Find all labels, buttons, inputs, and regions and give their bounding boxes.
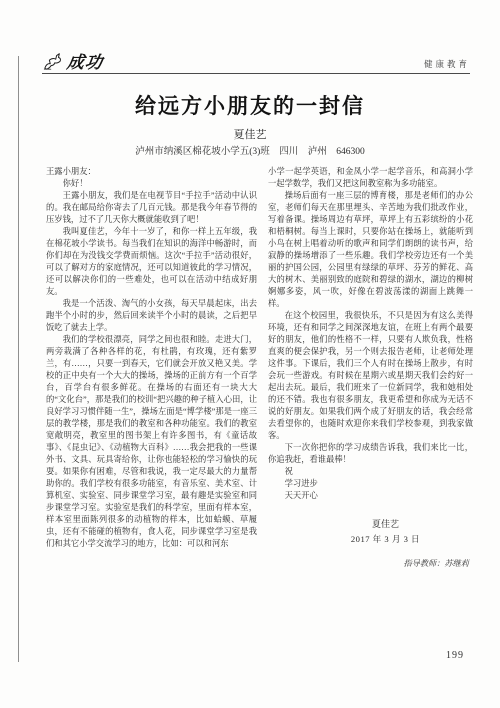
letter-paragraph: 小学一起学英语，和金凤小学一起学音乐，和高洞小学一起学数学，我们又把这间教室称为… <box>268 166 473 190</box>
right-column-text: 小学一起学英语，和金凤小学一起学音乐，和高洞小学一起学数学，我们又把这间教室称为… <box>268 166 473 502</box>
letter-paragraph: 在这个校园里，我很快乐，不只是因为有这么美得环境，还有和同学之间深深地友谊，在班… <box>268 310 473 442</box>
scanned-document-page: 成功 健康教育 给远方小朋友的一封信 夏佳艺 泸州市纳溪区棉花坡小学五(3)班 … <box>0 0 500 708</box>
page-header: 成功 健康教育 <box>42 46 470 74</box>
signature-block: 夏佳艺 2017 年 3 月 3 日 <box>268 517 473 547</box>
section-label: 健康教育 <box>424 58 470 71</box>
letter-paragraph: 王露小朋友，我们是在电视节目“手拉手”活动中认识的。我在邮局给你寄去了几百元钱。… <box>46 190 257 226</box>
horse-logo-icon <box>42 51 64 71</box>
article-author: 夏佳艺 <box>0 126 500 142</box>
page-number: 199 <box>446 650 464 661</box>
journal-logo-text: 成功 <box>66 54 104 71</box>
signature-date: 2017 年 3 月 3 日 <box>298 532 473 547</box>
letter-paragraph: 我叫夏佳艺，今年十一岁了，和你一样上五年级，我在棉花坡小学读书。每当我们在知识的… <box>46 226 257 298</box>
letter-body: 王露小朋友：你好！王露小朋友，我们是在电视节目“手拉手”活动中认识的。我在邮局给… <box>46 166 473 569</box>
signature-name: 夏佳艺 <box>298 517 473 532</box>
journal-logo: 成功 <box>42 51 103 71</box>
letter-paragraph: 祝 <box>268 466 473 478</box>
letter-paragraph: 学习进步 <box>268 478 473 490</box>
letter-paragraph: 操场后面有一座三层的博育楼，那是老师们的办公室，老师们每天在那里埋头、辛苦地为我… <box>268 190 473 310</box>
letter-paragraph: 天天开心 <box>268 490 473 502</box>
article-title: 给远方小朋友的一封信 <box>0 90 500 120</box>
left-column: 王露小朋友：你好！王露小朋友，我们是在电视节目“手拉手”活动中认识的。我在邮局给… <box>46 166 257 569</box>
letter-paragraph: 我是一个活泼、淘气的小女孩，每天早晨起床，出去跑半个小时的步，然后回来读半个小时… <box>46 298 257 334</box>
advisor-credit: 指导教师：苏继莉 <box>268 558 473 569</box>
article-affiliation: 泸州市纳溪区棉花坡小学五(3)班 四川 泸州 646300 <box>0 143 500 157</box>
right-column: 小学一起学英语，和金凤小学一起学音乐，和高洞小学一起学数学，我们又把这间教室称为… <box>268 166 473 569</box>
letter-paragraph: 我们的学校很漂亮，同学之间也很和睦。走进大门，两旁栽满了各种各样的花，有杜鹃，有… <box>46 334 257 550</box>
letter-paragraph: 下一次你把你的学习成绩告诉我，我们来比一比，你追我赶，看谁最棒！ <box>268 442 473 466</box>
letter-paragraph: 你好！ <box>46 178 257 190</box>
letter-paragraph: 王露小朋友： <box>46 166 257 178</box>
